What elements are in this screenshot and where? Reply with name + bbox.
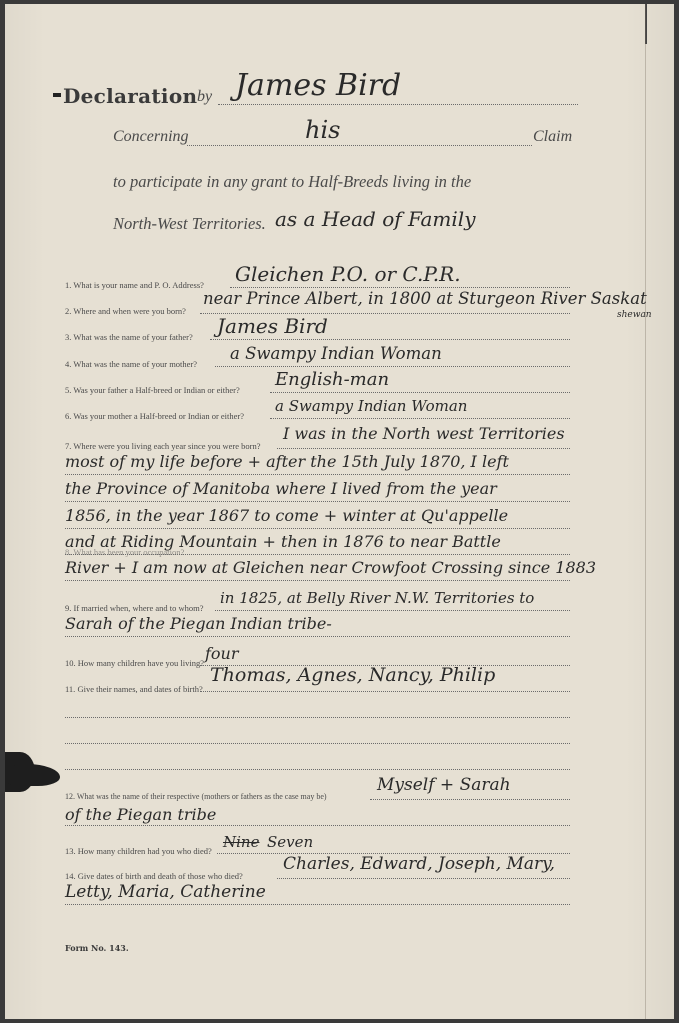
fill-line — [65, 474, 570, 475]
fill-line — [277, 448, 570, 449]
question-7: 7. Where were you living each year since… — [65, 441, 261, 451]
claim-label: Claim — [533, 128, 572, 146]
answer-9: in 1825, at Belly River N.W. Territories… — [220, 589, 534, 607]
fill-line — [218, 104, 578, 105]
answer-6: a Swampy Indian Woman — [275, 397, 467, 415]
answer-7-line-5: and at Riding Mountain + then in 1876 to… — [65, 532, 501, 551]
answer-12-line-2: of the Piegan tribe — [65, 805, 216, 824]
question-13: 13. How many children had you who died? — [65, 846, 212, 856]
fill-line — [187, 145, 532, 146]
answer-3: James Bird — [217, 314, 328, 338]
fold-line — [645, 4, 646, 1019]
fill-line — [65, 825, 570, 826]
question-11: 11. Give their names, and dates of birth… — [65, 684, 203, 694]
fill-line — [65, 554, 570, 555]
fill-line — [65, 717, 570, 718]
fill-line — [277, 878, 570, 879]
capacity: as a Head of Family — [275, 207, 476, 231]
answer-7-line-2: most of my life before + after the 15th … — [65, 452, 509, 471]
answer-13-struck: Nine — [223, 833, 259, 851]
fill-line — [65, 769, 570, 770]
answer-9-line-2: Sarah of the Piegan Indian tribe- — [65, 614, 332, 633]
question-3: 3. What was the name of your father? — [65, 332, 193, 342]
declarant-name: James Bird — [235, 68, 401, 103]
question-6: 6. Was your mother a Half-breed or India… — [65, 411, 244, 421]
answer-13: Seven — [267, 833, 313, 851]
ink-blot-tail — [5, 764, 60, 786]
answer-7-line-6: River + I am now at Gleichen near Crowfo… — [65, 558, 596, 577]
answer-2-note: shewan — [617, 310, 652, 320]
document-page: Declaration by James Bird Concerning his… — [5, 4, 674, 1019]
fill-line — [65, 580, 570, 581]
answer-11: Thomas, Agnes, Nancy, Philip — [210, 664, 495, 686]
header-line-3: to participate in any grant to Half-Bree… — [113, 172, 471, 192]
answer-2: near Prince Albert, in 1800 at Sturgeon … — [203, 289, 647, 308]
fill-line — [65, 501, 570, 502]
answer-10: four — [205, 644, 239, 663]
fill-line — [270, 418, 570, 419]
pointer-mark — [53, 93, 61, 97]
answer-1: Gleichen P.O. or C.P.R. — [235, 262, 461, 286]
fill-line — [370, 799, 570, 800]
question-12: 12. What was the name of their respectiv… — [65, 792, 327, 801]
fill-line — [215, 366, 570, 367]
answer-5: English-man — [275, 369, 389, 390]
by-label: by — [197, 88, 212, 106]
answer-7-line-3: the Province of Manitoba where I lived f… — [65, 479, 497, 498]
declaration-title: Declaration — [63, 84, 197, 108]
question-10: 10. How many children have you living? — [65, 658, 204, 668]
question-2: 2. Where and when were you born? — [65, 306, 186, 316]
concerning-value: his — [305, 116, 340, 144]
concerning-label: Concerning — [113, 128, 189, 146]
fill-line — [65, 743, 570, 744]
question-4: 4. What was the name of your mother? — [65, 359, 197, 369]
form-number: Form No. 143. — [65, 943, 129, 953]
fill-line — [230, 287, 570, 288]
fill-line — [210, 339, 570, 340]
answer-12: Myself + Sarah — [377, 775, 511, 795]
question-5: 5. Was your father a Half-breed or India… — [65, 385, 240, 395]
header-line-4: North-West Territories. — [113, 214, 266, 234]
fill-line — [200, 691, 570, 692]
fill-line — [65, 904, 570, 905]
question-9: 9. If married when, where and to whom? — [65, 603, 204, 613]
fill-line — [215, 610, 570, 611]
fill-line — [65, 636, 570, 637]
question-14: 14. Give dates of birth and death of tho… — [65, 871, 243, 881]
question-1: 1. What is your name and P. O. Address? — [65, 280, 204, 290]
fill-line — [65, 528, 570, 529]
answer-4: a Swampy Indian Woman — [230, 344, 442, 363]
answer-7-line-4: 1856, in the year 1867 to come + winter … — [65, 506, 508, 525]
answer-14: Charles, Edward, Joseph, Mary, — [283, 854, 555, 874]
answer-7: I was in the North west Territories — [283, 424, 565, 443]
fill-line — [270, 392, 570, 393]
answer-14-line-2: Letty, Maria, Catherine — [65, 882, 266, 902]
